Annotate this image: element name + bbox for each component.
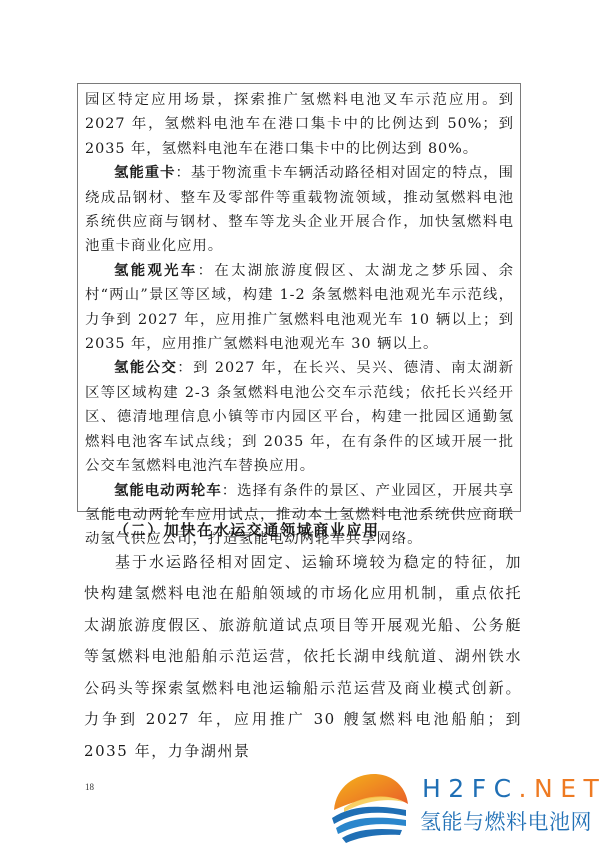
box-paragraph-hydrogen-heavy-truck: 氢能重卡：基于物流重卡车辆活动路径相对固定的特点，围绕成品钢材、整车及零部件等重… xyxy=(85,161,514,259)
paragraph-lead: 氢能公交 xyxy=(114,359,177,376)
brand-prefix: H2FC xyxy=(422,774,519,803)
highlight-box: 园区特定应用场景，探索推广氢燃料电池叉车示范应用。到 2027 年，氢燃料电池车… xyxy=(77,83,521,512)
paragraph-lead: 氢能重卡 xyxy=(114,164,176,181)
paragraph-lead: 氢能观光车 xyxy=(114,262,198,279)
section-waterway: （二）加快在水运交通领域商业应用 基于水运路径相对固定、运输环境较为稳定的特征，… xyxy=(84,515,522,768)
section-body: 基于水运路径相对固定、运输环境较为稳定的特征，加快构建氢燃料电池在船舶领域的市场… xyxy=(84,547,522,768)
page-number: 18 xyxy=(85,782,94,792)
brand-chinese-name: 氢能与燃料电池网 xyxy=(420,808,592,836)
brand-name: H2FC.NET xyxy=(422,774,600,804)
box-paragraph-hydrogen-bus: 氢能公交：到 2027 年，在长兴、吴兴、德清、南太湖新区等区域构建 2-3 条… xyxy=(85,356,514,478)
paragraph-text: ：到 2027 年，在长兴、吴兴、德清、南太湖新区等区域构建 2-3 条氢燃料电… xyxy=(85,360,514,474)
brand-suffix: .NET xyxy=(519,774,600,803)
box-paragraph-0: 园区特定应用场景，探索推广氢燃料电池叉车示范应用。到 2027 年，氢燃料电池车… xyxy=(85,88,514,161)
paragraph-text: 园区特定应用场景，探索推广氢燃料电池叉车示范应用。到 2027 年，氢燃料电池车… xyxy=(85,92,514,157)
paragraph-lead: 氢能电动两轮车 xyxy=(114,482,222,499)
section-heading: （二）加快在水运交通领域商业应用 xyxy=(84,515,522,547)
box-paragraph-hydrogen-sightseeing-car: 氢能观光车：在太湖旅游度假区、太湖龙之梦乐园、余村“两山”景区等区域，构建 1-… xyxy=(85,259,514,357)
sun-over-waves-icon xyxy=(330,772,412,844)
watermark-logo: H2FC.NET 氢能与燃料电池网 xyxy=(330,770,600,848)
